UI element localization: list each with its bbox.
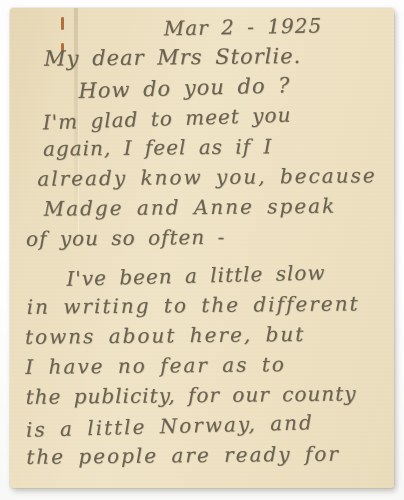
letter-line: towns about here, but: [25, 318, 393, 352]
letter-line: already know you, because: [37, 160, 391, 194]
letter-body: Mar 2 - 1925 My dear Mrs Storlie. How do…: [16, 10, 395, 472]
letter-line: Madge and Anne speak: [43, 190, 391, 224]
date-line: Mar 2 - 1925: [163, 9, 390, 43]
letter-line: of you so often -: [26, 220, 392, 254]
letter-line: I have no fear as to: [25, 348, 393, 382]
scan-background: Mar 2 - 1925 My dear Mrs Storlie. How do…: [0, 0, 404, 500]
letter-paper: Mar 2 - 1925 My dear Mrs Storlie. How do…: [10, 8, 394, 488]
